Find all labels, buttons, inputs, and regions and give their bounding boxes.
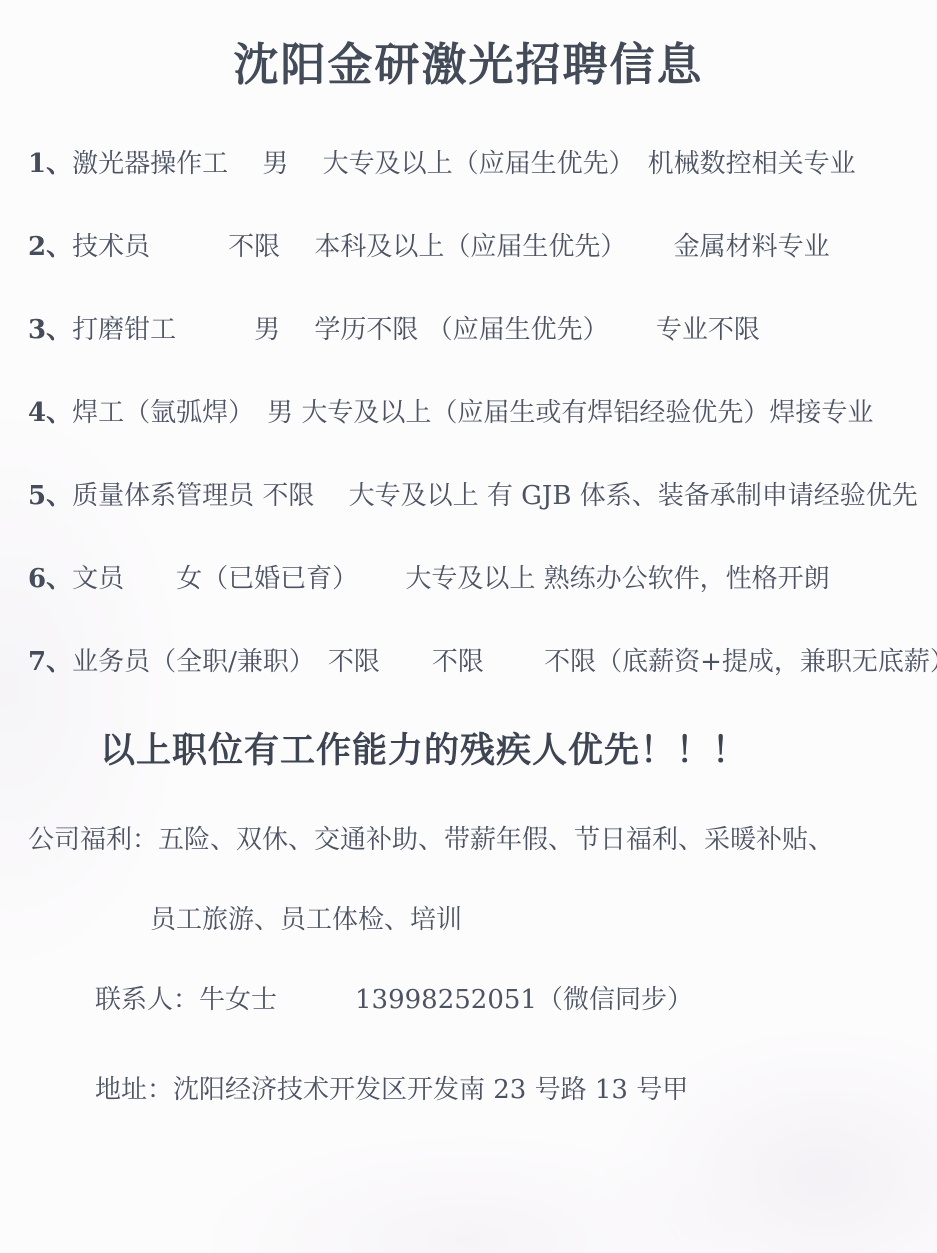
job-text: 激光器操作工 男 大专及以上（应届生优先） 机械数控相关专业 [72, 149, 856, 179]
job-row-6: 6、文员 女（已婚已育） 大专及以上 熟练办公软件，性格开朗 [28, 561, 937, 597]
job-row-2: 2、技术员 不限 本科及以上（应届生优先） 金属材料专业 [28, 229, 937, 265]
job-row-5: 5、质量体系管理员 不限 大专及以上 有 GJB 体系、装备承制申请经验优先 [28, 478, 937, 514]
job-number: 7、 [28, 647, 72, 677]
job-row-3: 3、打磨钳工 男 学历不限 （应届生优先） 专业不限 [28, 312, 937, 348]
job-row-4: 4、焊工（氩弧焊） 男 大专及以上（应届生或有焊铝经验优先）焊接专业 [28, 395, 937, 431]
job-number: 3、 [28, 315, 72, 345]
job-number: 2、 [28, 232, 72, 262]
benefits-line-2: 员工旅游、员工体检、培训 [150, 902, 937, 938]
job-text: 焊工（氩弧焊） 男 大专及以上（应届生或有焊铝经验优先）焊接专业 [72, 398, 873, 428]
page-title: 沈阳金研激光招聘信息 [0, 0, 937, 96]
job-text: 文员 女（已婚已育） 大专及以上 熟练办公软件，性格开朗 [72, 564, 830, 594]
scanned-recruitment-notice: 沈阳金研激光招聘信息 1、激光器操作工 男 大专及以上（应届生优先） 机械数控相… [0, 0, 937, 1253]
job-text: 质量体系管理员 不限 大专及以上 有 GJB 体系、装备承制申请经验优先 [72, 481, 918, 511]
job-number: 5、 [28, 481, 72, 511]
job-text: 业务员（全职/兼职） 不限 不限 不限（底薪资+提成，兼职无底薪） [72, 647, 937, 677]
contact-line: 联系人：牛女士 13998252051（微信同步） [95, 982, 937, 1018]
job-number: 1、 [28, 149, 72, 179]
job-number: 6、 [28, 564, 72, 594]
job-number: 4、 [28, 398, 72, 428]
job-row-7: 7、业务员（全职/兼职） 不限 不限 不限（底薪资+提成，兼职无底薪） [28, 644, 937, 680]
job-text: 打磨钳工 男 学历不限 （应届生优先） 专业不限 [72, 315, 760, 345]
job-row-1: 1、激光器操作工 男 大专及以上（应届生优先） 机械数控相关专业 [28, 146, 937, 182]
address-line: 地址：沈阳经济技术开发区开发南 23 号路 13 号甲 [95, 1072, 937, 1108]
disabled-priority-notice: 以上职位有工作能力的残疾人优先！！！ [100, 727, 937, 775]
job-list: 1、激光器操作工 男 大专及以上（应届生优先） 机械数控相关专业 2、技术员 不… [0, 146, 937, 680]
job-text: 技术员 不限 本科及以上（应届生优先） 金属材料专业 [72, 232, 830, 262]
benefits-line-1: 公司福利：五险、双休、交通补助、带薪年假、节日福利、采暖补贴、 [28, 822, 937, 858]
